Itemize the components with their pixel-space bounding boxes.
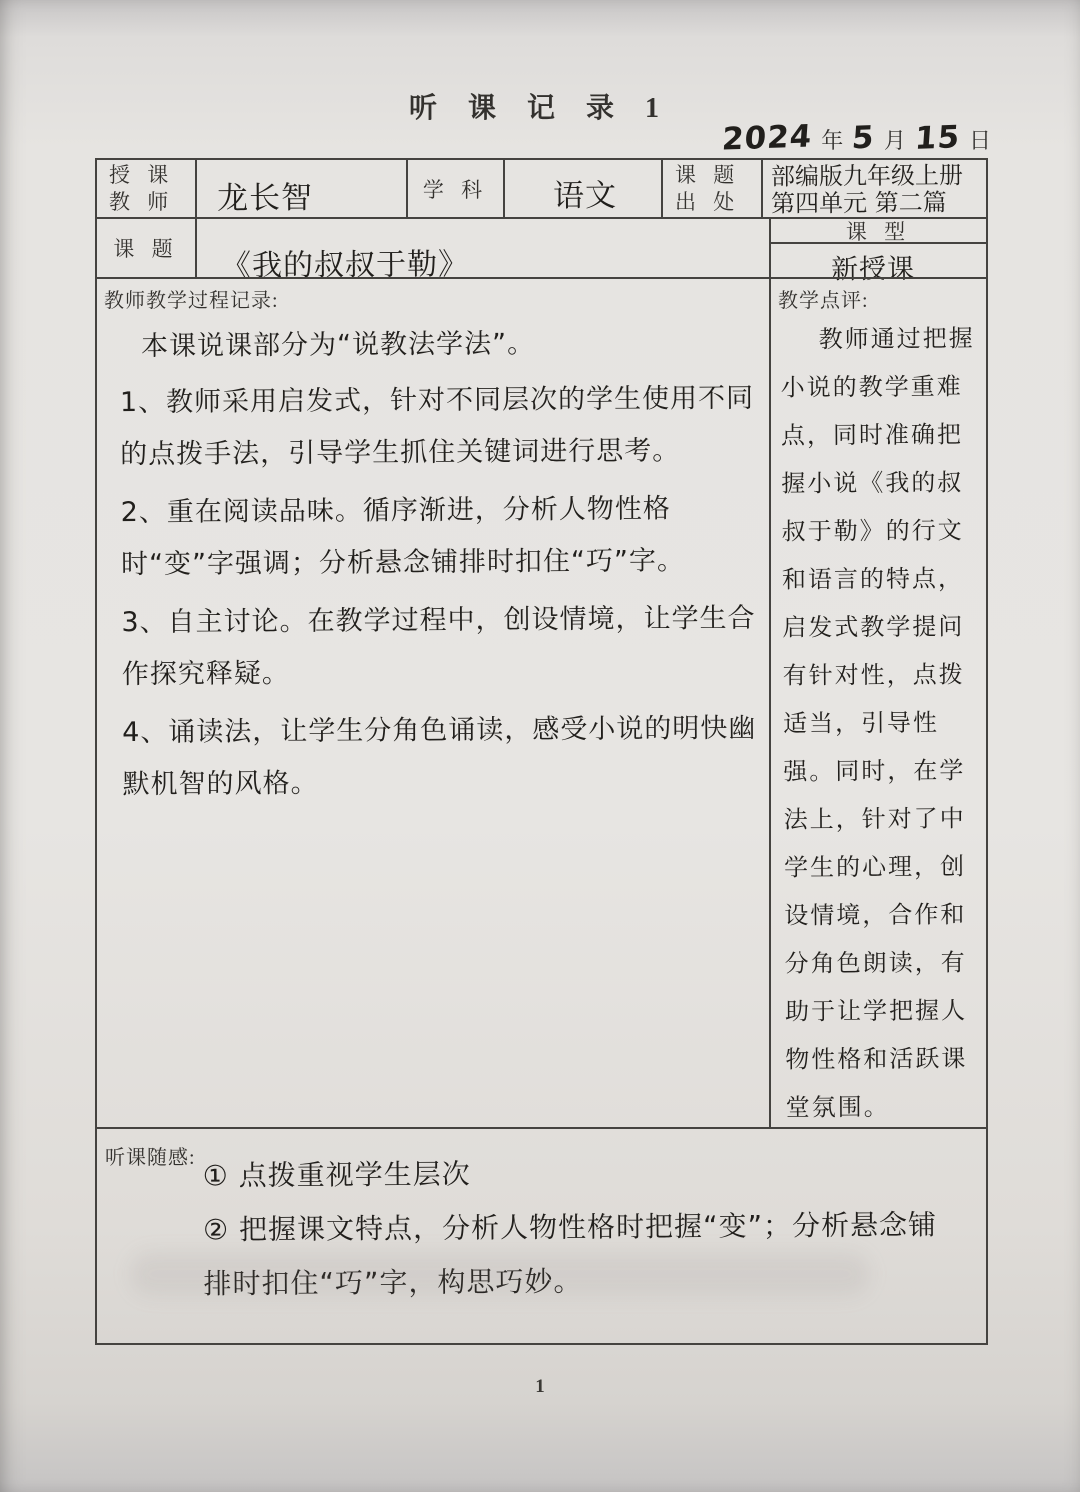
teacher-label-line2: 教 师 [109,189,195,216]
page-number: 1 [0,1376,1080,1398]
course-type-value-row: 新授课 [771,244,986,277]
show-through-artifact [130,1252,870,1296]
source-value: 部编版九年级上册 第四单元 第二篇 [763,159,986,218]
teaching-comment-label: 教学点评: [771,279,986,313]
date-year-label: 年 [821,124,843,155]
subject-label-cell: 学 科 [406,160,503,217]
record-form-table: 授 课 教 师 龙长智 学 科 语文 课 题 出 处 部编版九年级上册 第四单元… [95,158,988,1345]
teaching-comment-text: 教师通过把握小说的教学重难点，同时准确把握小说《我的叔叔于勒》的行文和语言的特点… [768,312,989,1131]
scanned-document-photo: 听 课 记 录 1 2024 年 5 月 15 日 授 课 教 师 龙长智 学 … [0,0,1080,1492]
teacher-name: 龙长智 [197,159,406,217]
process-intro: 本课说课部分为“说教法学法”。 [119,317,755,373]
date-day-value: 15 [914,119,962,157]
topic-value: 《我的叔叔于勒》 [197,217,769,285]
course-type-cell: 课 型 新授课 [769,217,986,277]
teacher-label-cell: 授 课 教 师 [97,160,195,217]
date-line: 2024 年 5 月 15 日 [722,120,991,156]
topic-label: 课 题 [113,233,178,263]
source-label-line2: 出 处 [675,189,761,216]
date-month-label: 月 [884,124,906,155]
process-item-2: 2、重在阅读品味。循序渐进，分析人物性格时“变”字强调；分析悬念铺排时扣住“巧”… [120,483,757,591]
source-value-line2: 第四单元 第二篇 [771,189,986,218]
topic-value-cell: 《我的叔叔于勒》 [195,217,769,277]
teaching-process-notes: 本课说课部分为“说教法学法”。 1、教师采用启发式，针对不同层次的学生使用不同的… [95,311,770,812]
subject-value: 语文 [505,159,661,215]
impression-item-1: ① 点拨重视学生层次 [203,1144,952,1203]
teaching-comment-cell: 教学点评: 教师通过把握小说的教学重难点，同时准确把握小说《我的叔叔于勒》的行文… [769,277,986,1127]
topic-label-cell: 课 题 [97,217,195,277]
impressions-cell: 听课随感: ① 点拨重视学生层次 ② 把握课文特点，分析人物性格时把握“变”；分… [97,1127,986,1343]
process-item-3: 3、自主讨论。在教学过程中，创设情境，让学生合作探究释疑。 [121,593,758,701]
process-item-4: 4、诵读法，让学生分角色诵读，感受小说的明快幽默机智的风格。 [122,703,759,811]
process-item-1: 1、教师采用启发式，针对不同层次的学生使用不同的点拨手法，引导学生抓住关键词进行… [120,373,757,481]
date-year-value: 2024 [721,118,814,157]
source-value-cell: 部编版九年级上册 第四单元 第二篇 [761,160,986,217]
date-month-value: 5 [851,120,876,157]
teacher-label-line1: 授 课 [109,162,195,189]
source-value-line1: 部编版九年级上册 [771,162,986,191]
date-day-label: 日 [969,124,991,155]
source-label-line1: 课 题 [675,162,761,189]
subject-value-cell: 语文 [503,160,661,217]
teacher-value-cell: 龙长智 [195,160,406,217]
teaching-process-label: 教师教学过程记录: [97,279,769,313]
course-type-label-row: 课 型 [771,219,986,244]
course-type-label: 课 型 [846,216,911,246]
teaching-process-cell: 教师教学过程记录: 本课说课部分为“说教法学法”。 1、教师采用启发式，针对不同… [97,277,769,1127]
subject-label: 学 科 [423,174,488,204]
source-label-cell: 课 题 出 处 [661,160,761,217]
